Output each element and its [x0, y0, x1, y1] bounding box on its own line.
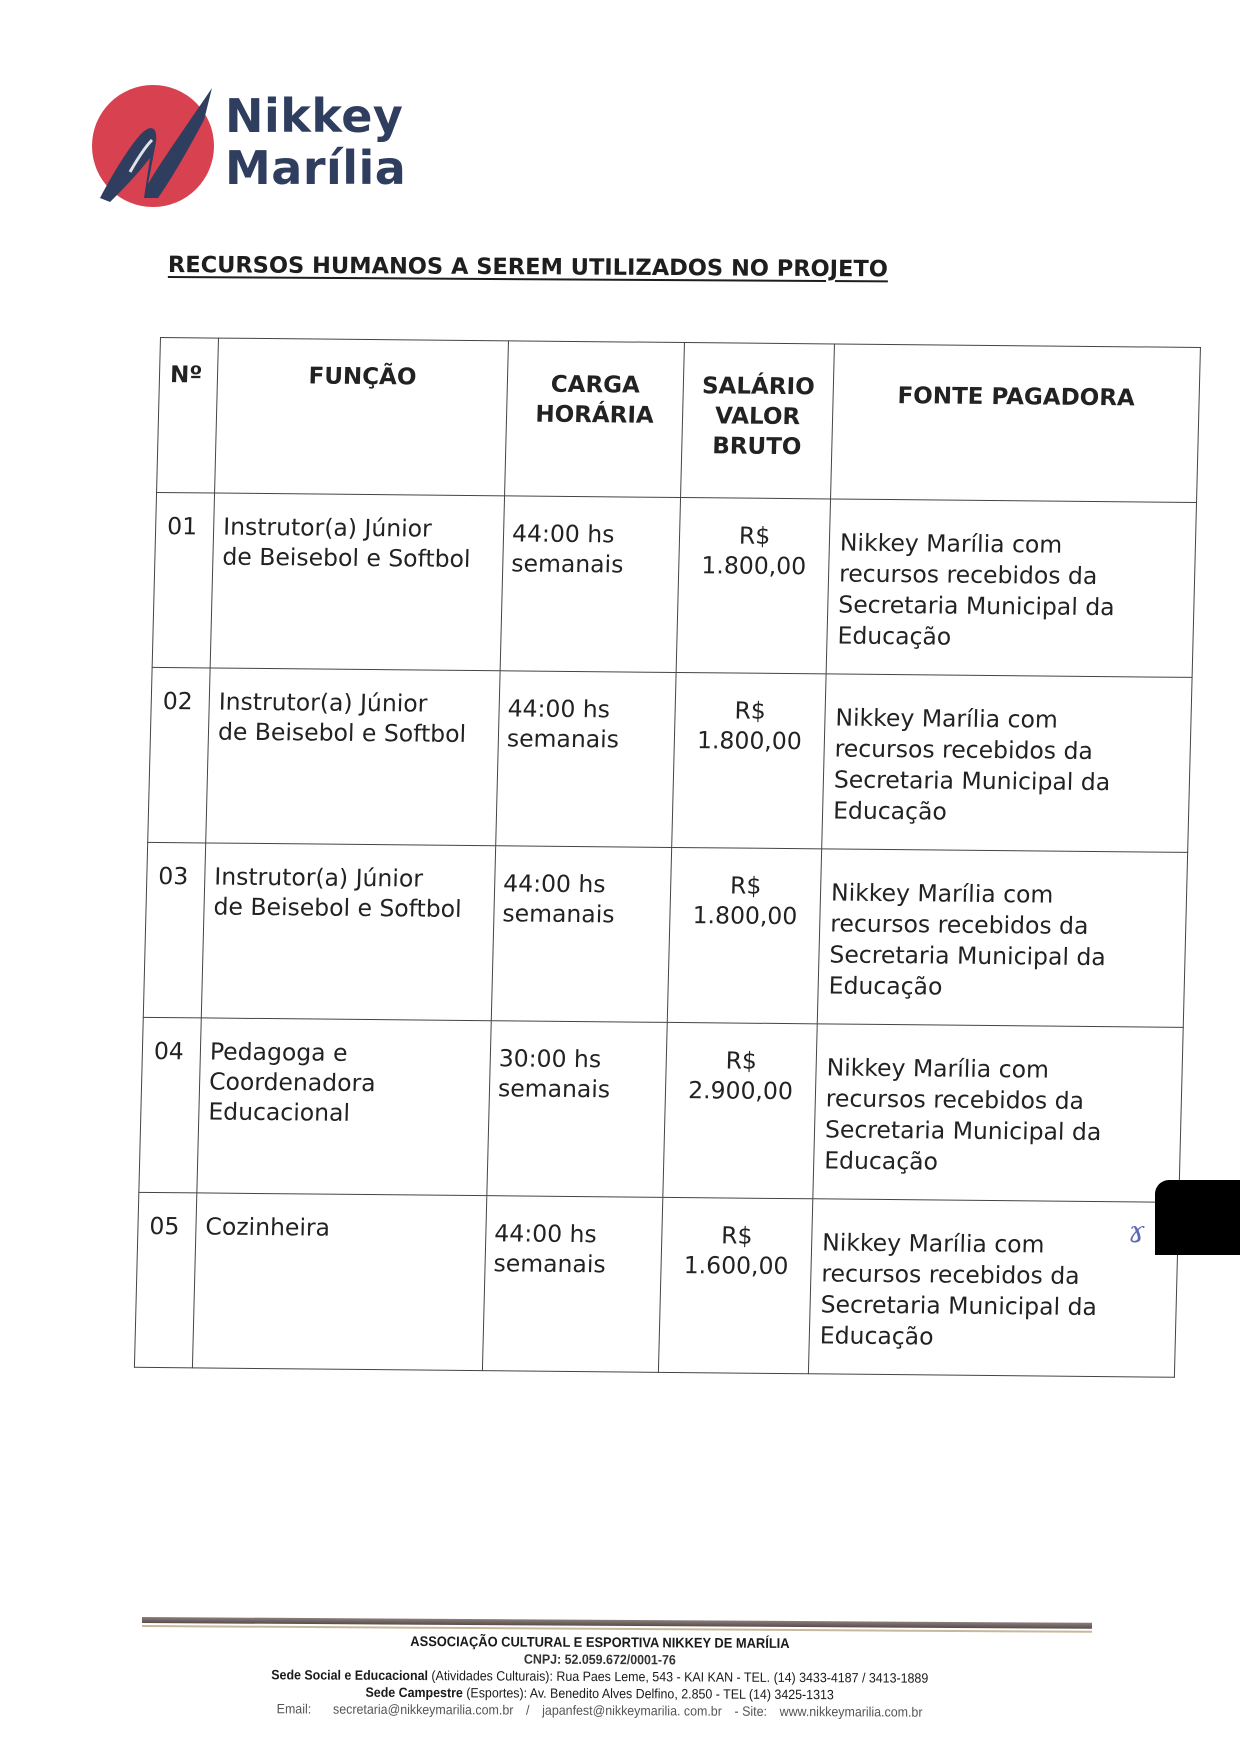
cell-line: R$: [675, 695, 825, 726]
human-resources-table-container: Nº FUNÇÃO CARGAHORÁRIA SALÁRIOVALORBRUTO…: [134, 337, 1200, 1378]
header-fonte-pagadora: FONTE PAGADORA: [831, 344, 1201, 502]
cell-funcao: Instrutor(a) Júniorde Beisebol e Softbol: [210, 493, 504, 671]
cell-fonte: Nikkey Marília comrecursos recebidos daS…: [813, 1024, 1183, 1202]
email-separator: /: [526, 1703, 530, 1718]
cell-line: semanais: [502, 898, 670, 930]
table-row: 01Instrutor(a) Júniorde Beisebol e Softb…: [152, 492, 1196, 677]
cell-line: 1.800,00: [679, 550, 829, 581]
cell-line: Secretaria Municipal da: [838, 590, 1194, 624]
cell-line: Educação: [833, 795, 1189, 829]
footer: ASSOCIAÇÃO CULTURAL E ESPORTIVA NIKKEY D…: [186, 1632, 1014, 1721]
header-line: BRUTO: [682, 431, 832, 462]
cell-line: recursos recebidos da: [839, 559, 1195, 593]
footer-contact: Email: secretaria@nikkeymarilia.com.br /…: [186, 1700, 1014, 1721]
email-label: Email:: [277, 1701, 312, 1716]
cell-line: Secretaria Municipal da: [834, 764, 1190, 798]
cell-line: Coordenadora: [209, 1067, 490, 1100]
cell-carga: 30:00 hssemanais: [487, 1021, 667, 1198]
logo-line-2: Marília: [225, 142, 406, 194]
cell-funcao: Instrutor(a) Júniorde Beisebol e Softbol: [206, 668, 500, 846]
table-header-row: Nº FUNÇÃO CARGAHORÁRIA SALÁRIOVALORBRUTO…: [157, 338, 1201, 503]
document-title: RECURSOS HUMANOS A SEREM UTILIZADOS NO P…: [168, 252, 888, 282]
table-row: 03Instrutor(a) Júniorde Beisebol e Softb…: [143, 842, 1187, 1027]
cell-line: 1.800,00: [670, 900, 820, 931]
sede-campestre-detail: (Esportes): Av. Benedito Alves Delfino, …: [463, 1685, 834, 1702]
cell-funcao: Instrutor(a) Júniorde Beisebol e Softbol: [201, 843, 495, 1021]
cell-line: Educacional: [208, 1097, 489, 1130]
cell-line: Educação: [819, 1320, 1175, 1354]
cell-carga: 44:00 hssemanais: [491, 846, 671, 1023]
cell-salario: R$1.800,00: [672, 672, 826, 848]
cell-line: R$: [671, 870, 821, 901]
cell-fonte: Nikkey Marília comrecursos recebidos daS…: [826, 499, 1196, 677]
cell-salario: R$1.800,00: [667, 847, 821, 1023]
header-line: VALOR: [683, 401, 833, 432]
sede-social-label: Sede Social e Educacional: [271, 1667, 428, 1683]
cell-carga: 44:00 hssemanais: [482, 1196, 662, 1373]
cell-line: recursos recebidos da: [825, 1083, 1181, 1117]
cell-line: recursos recebidos da: [834, 733, 1190, 767]
site-link[interactable]: www.nikkeymarilia.com.br: [780, 1704, 923, 1720]
cell-line: 44:00 hs: [507, 693, 675, 725]
cell-line: Nikkey Marília com: [826, 1052, 1182, 1086]
cell-line: recursos recebidos da: [830, 908, 1186, 942]
cell-no: 01: [152, 492, 214, 668]
cell-no: 02: [148, 667, 210, 843]
cell-line: 1.600,00: [661, 1250, 811, 1281]
cell-line: Secretaria Municipal da: [825, 1114, 1181, 1148]
human-resources-table: Nº FUNÇÃO CARGAHORÁRIA SALÁRIOVALORBRUTO…: [134, 337, 1201, 1378]
cell-fonte: Nikkey Marília comrecursos recebidos daS…: [817, 849, 1187, 1027]
header-line: SALÁRIO: [683, 371, 833, 402]
cell-fonte: Nikkey Marília comrecursos recebidos daS…: [822, 674, 1192, 852]
redaction-block: [1155, 1180, 1240, 1255]
cell-line: 44:00 hs: [512, 518, 680, 550]
cell-line: de Beisebol e Softbol: [213, 892, 494, 925]
cell-line: semanais: [498, 1073, 666, 1105]
cell-line: Instrutor(a) Júnior: [218, 687, 499, 720]
cell-line: Nikkey Marília com: [835, 703, 1191, 737]
logo-wordmark: Nikkey Marília: [225, 90, 406, 194]
table-row: 05Cozinheira44:00 hssemanaisR$1.600,00Ni…: [134, 1192, 1178, 1377]
cell-line: semanais: [507, 723, 675, 755]
cell-line: Pedagoga e: [210, 1037, 491, 1070]
cell-salario: R$2.900,00: [663, 1022, 817, 1198]
email-japanfest-link[interactable]: japanfest@nikkeymarilia. com.br: [542, 1703, 722, 1719]
cell-no: 03: [143, 842, 205, 1018]
logo-n-mark-icon: [92, 80, 227, 215]
header-line: HORÁRIA: [507, 399, 683, 431]
cell-salario: R$1.600,00: [658, 1197, 812, 1373]
cell-line: R$: [680, 520, 830, 551]
header-funcao: FUNÇÃO: [215, 338, 509, 496]
cell-carga: 44:00 hssemanais: [496, 671, 676, 848]
cell-line: recursos recebidos da: [821, 1258, 1177, 1292]
table-row: 04Pedagoga eCoordenadoraEducacional30:00…: [139, 1017, 1183, 1202]
header-salario: SALÁRIOVALORBRUTO: [681, 343, 835, 499]
table-row: 02Instrutor(a) Júniorde Beisebol e Softb…: [148, 667, 1192, 852]
cell-line: 2.900,00: [666, 1075, 816, 1106]
cell-line: 1.800,00: [675, 725, 825, 756]
header-no: Nº: [157, 338, 219, 494]
header-carga-horaria: CARGAHORÁRIA: [505, 341, 685, 498]
cell-line: Nikkey Marília com: [840, 528, 1196, 562]
header-line: CARGA: [507, 369, 683, 401]
cell-carga: 44:00 hssemanais: [500, 496, 680, 673]
cell-line: de Beisebol e Softbol: [222, 542, 503, 575]
cell-funcao: Pedagoga eCoordenadoraEducacional: [197, 1018, 491, 1196]
cell-line: Educação: [828, 970, 1184, 1004]
cell-line: R$: [662, 1220, 812, 1251]
table-body: 01Instrutor(a) Júniorde Beisebol e Softb…: [134, 492, 1196, 1377]
cell-line: 44:00 hs: [494, 1218, 662, 1250]
handwritten-initial-mark: ɤ: [1128, 1215, 1145, 1250]
cell-line: Cozinheira: [205, 1211, 486, 1244]
cell-line: de Beisebol e Softbol: [218, 717, 499, 750]
email-secretaria-link[interactable]: secretaria@nikkeymarilia.com.br: [333, 1702, 513, 1718]
sede-social-detail: (Atividades Culturais): Rua Paes Leme, 5…: [428, 1668, 928, 1686]
sede-campestre-label: Sede Campestre: [365, 1685, 462, 1701]
cell-line: Instrutor(a) Júnior: [214, 862, 495, 895]
cell-line: Secretaria Municipal da: [820, 1289, 1176, 1323]
cell-funcao: Cozinheira: [192, 1193, 486, 1371]
cell-line: Secretaria Municipal da: [829, 939, 1185, 973]
cell-line: semanais: [511, 548, 679, 580]
cell-line: Nikkey Marília com: [822, 1227, 1178, 1261]
cell-fonte: Nikkey Marília comrecursos recebidos daS…: [808, 1199, 1178, 1377]
cell-line: Nikkey Marília com: [831, 877, 1187, 911]
site-label: - Site:: [734, 1704, 767, 1719]
cell-salario: R$1.800,00: [676, 498, 830, 674]
nikkey-marilia-logo: Nikkey Marília: [92, 80, 412, 215]
cell-no: 04: [139, 1017, 201, 1193]
cell-line: R$: [666, 1045, 816, 1076]
logo-line-1: Nikkey: [225, 90, 406, 142]
cell-line: Educação: [824, 1145, 1180, 1179]
cell-line: Educação: [837, 621, 1193, 655]
cell-line: 30:00 hs: [498, 1043, 666, 1075]
cell-line: Instrutor(a) Júnior: [223, 512, 504, 545]
cell-line: 44:00 hs: [503, 868, 671, 900]
cell-no: 05: [134, 1192, 196, 1368]
cell-line: semanais: [493, 1248, 661, 1280]
